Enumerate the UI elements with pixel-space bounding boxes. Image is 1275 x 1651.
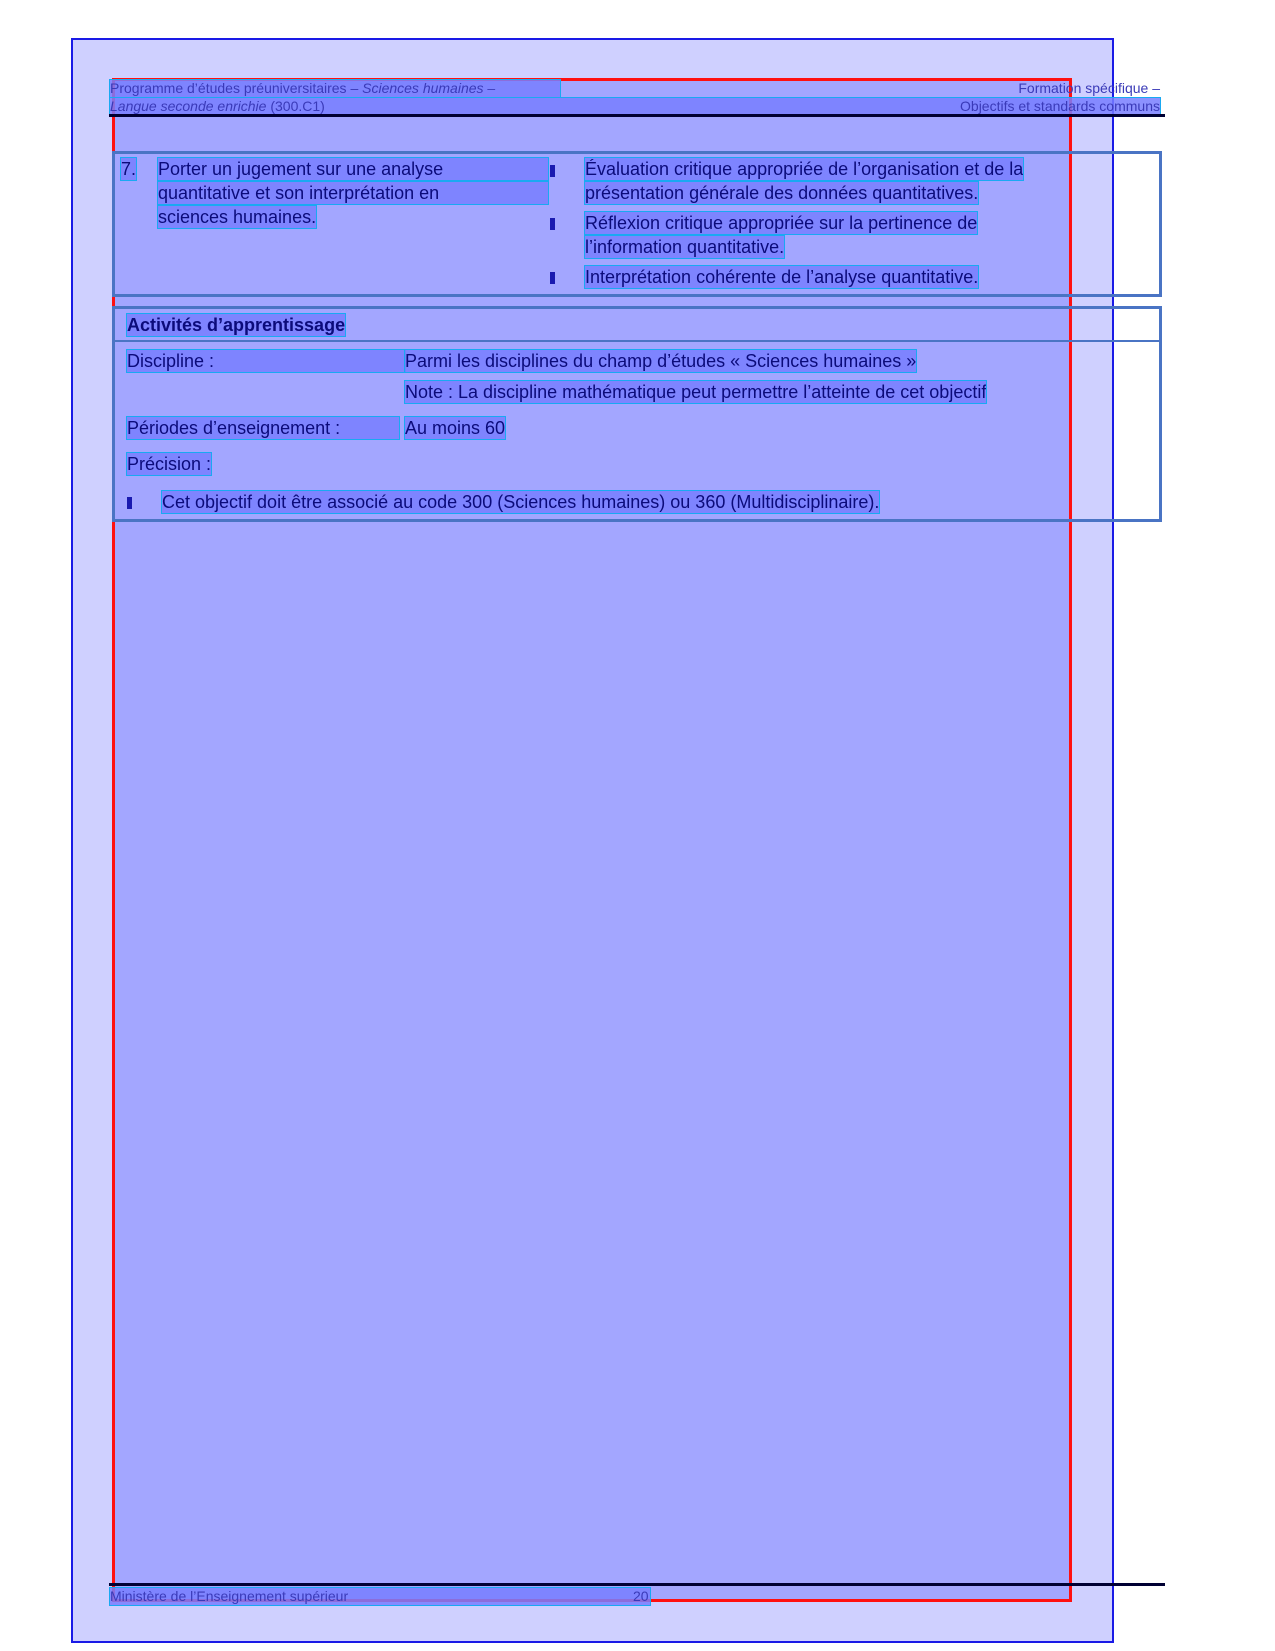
header-program-text: Programme d’études préuniversitaires – xyxy=(110,80,362,96)
discipline-value: Parmi les disciplines du champ d’études … xyxy=(405,350,916,372)
standard-2-line-2: l’information quantitative. xyxy=(585,236,784,258)
header-language-italic: Langue seconde enrichie xyxy=(110,98,266,114)
objective-line-1: Porter un jugement sur une analyse xyxy=(158,158,548,180)
standard-1-line-1: Évaluation critique appropriée de l’orga… xyxy=(585,158,1023,180)
standard-3-line-1: Interprétation cohérente de l’analyse qu… xyxy=(585,266,978,288)
footer-ministry: Ministère de l’Enseignement supérieur xyxy=(110,1588,650,1605)
header-program-italic: Sciences humaines – xyxy=(362,80,495,96)
activities-title: Activités d’apprentissage xyxy=(127,314,345,336)
precision-label: Précision : xyxy=(127,453,211,475)
footer-page-number: 20 xyxy=(633,1588,649,1605)
footer-rule xyxy=(109,1583,1165,1586)
objective-line-3: sciences humaines. xyxy=(158,206,316,228)
header-right-line1: Formation spécifique – xyxy=(1018,80,1160,97)
periods-label: Périodes d’enseignement : xyxy=(127,417,399,439)
bullet-icon xyxy=(550,165,555,177)
discipline-label: Discipline : xyxy=(127,350,405,372)
standard-1-line-2: présentation générale des données quanti… xyxy=(585,182,978,204)
header-right-line2: Objectifs et standards communs xyxy=(960,98,1160,115)
header-left-line1: Programme d’études préuniversitaires – S… xyxy=(110,80,560,97)
bullet-icon xyxy=(127,497,132,509)
header-rule xyxy=(109,114,1165,117)
objective-line-2: quantitative et son interprétation en xyxy=(158,182,548,204)
standard-2-line-1: Réflexion critique appropriée sur la per… xyxy=(585,212,977,234)
header-program-code: (300.C1) xyxy=(266,98,324,114)
bullet-icon xyxy=(550,272,555,284)
activities-header-separator xyxy=(112,340,1162,342)
precision-item: Cet objectif doit être associé au code 3… xyxy=(162,491,879,513)
objective-number: 7. xyxy=(121,158,136,180)
activities-table xyxy=(112,306,1162,522)
discipline-note: Note : La discipline mathématique peut p… xyxy=(405,381,986,403)
bullet-icon xyxy=(550,218,555,230)
periods-value: Au moins 60 xyxy=(405,417,505,439)
